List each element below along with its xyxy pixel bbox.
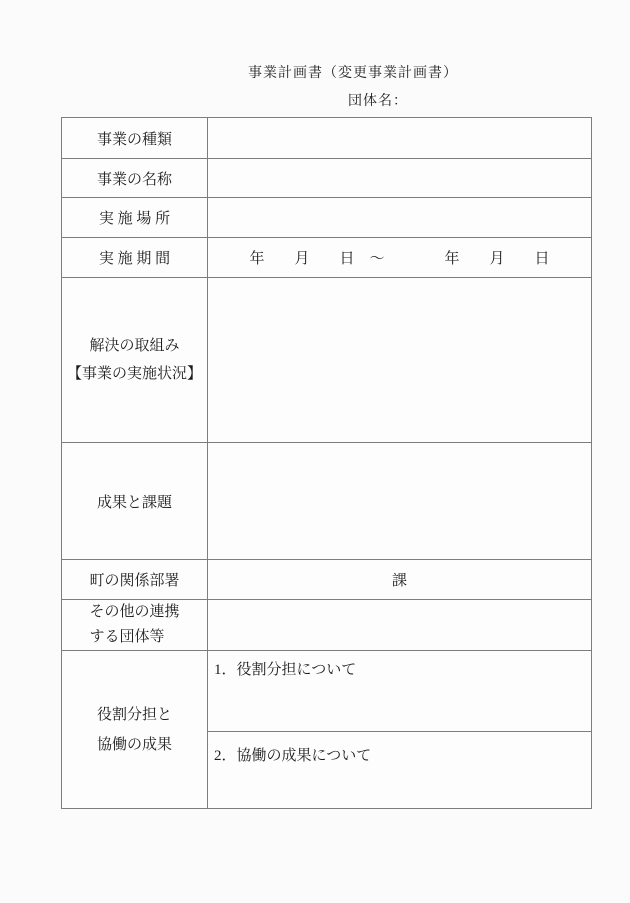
row-label-results-issues: 成果と課題 bbox=[62, 443, 208, 559]
sub-cell-role-division: 1．役割分担について bbox=[208, 651, 591, 732]
row-value-solution-efforts bbox=[208, 278, 591, 442]
row-label-other-cooperating-groups: その他の連携 する団体等 bbox=[62, 600, 208, 650]
row-value-other-cooperating-groups bbox=[208, 600, 591, 650]
document-page: { "doc": { "title": "事業計画書（変更事業計画書）", "o… bbox=[0, 0, 630, 903]
row-label-text: 役割分担と 協働の成果 bbox=[97, 700, 172, 760]
row-label-solution-efforts: 解決の取組み 【事業の実施状況】 bbox=[62, 278, 208, 442]
row-value-implementation-period: 年 月 日 ～ 年 月 日 bbox=[208, 238, 591, 277]
organization-name-label: 団体名： bbox=[348, 93, 408, 111]
table-row: 成果と課題 bbox=[62, 442, 591, 559]
row-value-business-name bbox=[208, 159, 591, 197]
row-label-town-department: 町の関係部署 bbox=[62, 560, 208, 599]
row-label-business-name: 事業の名称 bbox=[62, 159, 208, 197]
row-label-business-type: 事業の種類 bbox=[62, 118, 208, 158]
row-value-results-issues bbox=[208, 443, 591, 559]
table-row: 役割分担と 協働の成果 1．役割分担について 2．協働の成果について bbox=[62, 650, 591, 808]
sub-cell-collaboration-results: 2．協働の成果について bbox=[208, 732, 591, 808]
table-row: 実 施 期 間 年 月 日 ～ 年 月 日 bbox=[62, 237, 591, 277]
table-row: 事業の名称 bbox=[62, 158, 591, 197]
row-label-text: 事業の名称 bbox=[97, 168, 172, 189]
table-row: 町の関係部署 課 bbox=[62, 559, 591, 599]
project-plan-form-table: 事業の種類 事業の名称 実 施 場 所 実 施 期 間 年 月 日 ～ 年 月 … bbox=[61, 117, 592, 809]
row-label-text: 実 施 期 間 bbox=[99, 247, 170, 268]
row-value-role-division-collaboration: 1．役割分担について 2．協働の成果について bbox=[208, 651, 591, 808]
row-value-implementation-place bbox=[208, 198, 591, 237]
row-label-text: 実 施 場 所 bbox=[99, 207, 170, 228]
row-label-implementation-period: 実 施 期 間 bbox=[62, 238, 208, 277]
row-label-text: 事業の種類 bbox=[97, 128, 172, 149]
table-row: その他の連携 する団体等 bbox=[62, 599, 591, 650]
table-row: 事業の種類 bbox=[62, 118, 591, 158]
row-label-text: 成果と課題 bbox=[97, 491, 172, 512]
table-row: 実 施 場 所 bbox=[62, 197, 591, 237]
table-row: 解決の取組み 【事業の実施状況】 bbox=[62, 277, 591, 442]
row-label-implementation-place: 実 施 場 所 bbox=[62, 198, 208, 237]
row-label-role-division-collaboration: 役割分担と 協働の成果 bbox=[62, 651, 208, 808]
row-label-text: その他の連携 する団体等 bbox=[89, 600, 179, 650]
row-label-text: 町の関係部署 bbox=[89, 569, 179, 590]
row-value-business-type bbox=[208, 118, 591, 158]
row-label-text: 解決の取組み 【事業の実施状況】 bbox=[67, 332, 202, 388]
row-value-town-department: 課 bbox=[208, 560, 591, 599]
document-title: 事業計画書（変更事業計画書） bbox=[0, 64, 630, 84]
